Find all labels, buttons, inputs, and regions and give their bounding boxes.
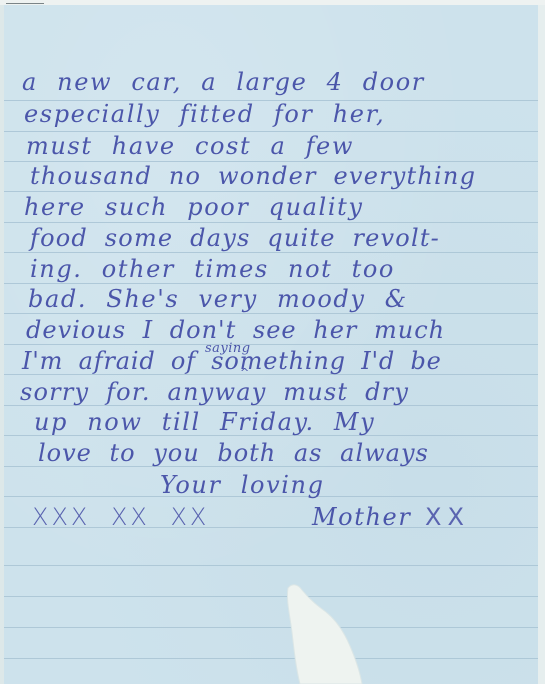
kisses-after-signature: XX — [425, 505, 470, 529]
letter-closing: Your loving — [160, 473, 325, 497]
letter-line-11: sorry for. anyway must dry — [20, 380, 409, 404]
ruled-line — [4, 627, 538, 628]
ruled-line — [4, 222, 538, 223]
letter-line-4: thousand no wonder everything — [30, 164, 476, 188]
letter-line-9: devious I don't see her much — [26, 318, 445, 342]
ruled-line — [4, 313, 538, 314]
letter-line-3: must have cost a few — [26, 134, 354, 158]
letter-line-2: especially fitted for her, — [24, 102, 385, 126]
letter-line-12: up now till Friday. My — [34, 410, 375, 434]
ruled-line — [4, 283, 538, 284]
letter-line-1: a new car, a large 4 door — [22, 70, 425, 94]
ruled-line — [4, 658, 538, 659]
kisses-before-signature: XXX XX XX — [32, 505, 209, 529]
ruled-line — [4, 596, 538, 597]
letter-line-13: love to you both as always — [38, 441, 429, 465]
letter-line-5: here such poor quality — [24, 195, 364, 219]
scan-right-edge — [538, 5, 545, 684]
letter-line-8: bad. She's very moody & — [28, 287, 408, 311]
ruled-line — [4, 191, 538, 192]
ruled-line — [4, 252, 538, 253]
ruled-line — [4, 565, 538, 566]
letter-line-6: food some days quite revolt- — [30, 226, 440, 250]
ruled-line — [4, 344, 538, 345]
scan-edge-mark — [6, 3, 44, 4]
letter-line-7: ing. other times not too — [30, 257, 395, 281]
signature-name: Mother — [312, 505, 411, 529]
letter-line-10: I'm afraid of something I'd be — [22, 349, 442, 373]
